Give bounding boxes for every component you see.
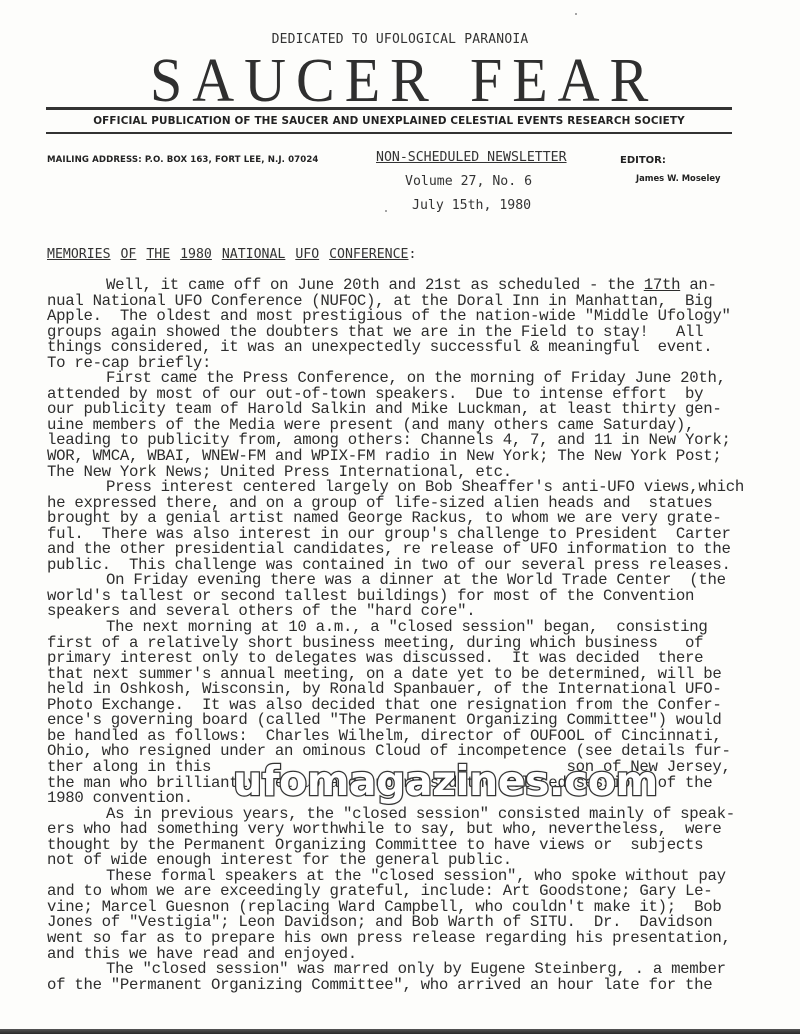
page-bottom-edge <box>0 1029 800 1034</box>
masthead-rule-bottom <box>46 132 732 134</box>
heading-colon: : <box>409 247 417 262</box>
paper-speck <box>575 13 577 15</box>
masthead-rule-top <box>46 107 732 110</box>
masthead-title: SAUCER FEAR <box>150 48 670 113</box>
watermark: ufomagazines.com <box>233 757 658 805</box>
editor-name: James W. Moseley <box>636 173 721 183</box>
heading-word: THE <box>146 247 170 262</box>
heading-word: UFO <box>295 247 319 262</box>
newsletter-page: DEDICATED TO UFOLOGICAL PARANOIA SAUCER … <box>0 0 800 1034</box>
article-heading: MEMORIES OF THE 1980 NATIONAL UFO CONFER… <box>47 247 416 262</box>
heading-word: MEMORIES <box>47 247 111 262</box>
title-word-saucer: SAUCER <box>150 45 439 115</box>
heading-word: 1980 <box>180 247 212 262</box>
article-body: Well, it came off on June 20th and 21st … <box>47 278 777 993</box>
masthead-subtitle: OFFICIAL PUBLICATION OF THE SAUCER AND U… <box>46 115 732 127</box>
title-word-fear: FEAR <box>470 48 658 113</box>
heading-word: NATIONAL <box>222 247 286 262</box>
issue-date: July 15th, 1980 <box>412 198 531 213</box>
editor-label: EDITOR: <box>620 155 666 166</box>
body-line: of the "Permanent Organizing Committee",… <box>47 978 777 994</box>
newsletter-type: NON-SCHEDULED NEWSLETTER <box>376 150 567 165</box>
paper-speck <box>385 210 387 212</box>
heading-word: OF <box>120 247 136 262</box>
heading-word: CONFERENCE <box>329 247 408 262</box>
mailing-address: MAILING ADDRESS: P.O. BOX 163, FORT LEE,… <box>47 155 319 165</box>
volume-number: Volume 27, No. 6 <box>405 174 532 189</box>
